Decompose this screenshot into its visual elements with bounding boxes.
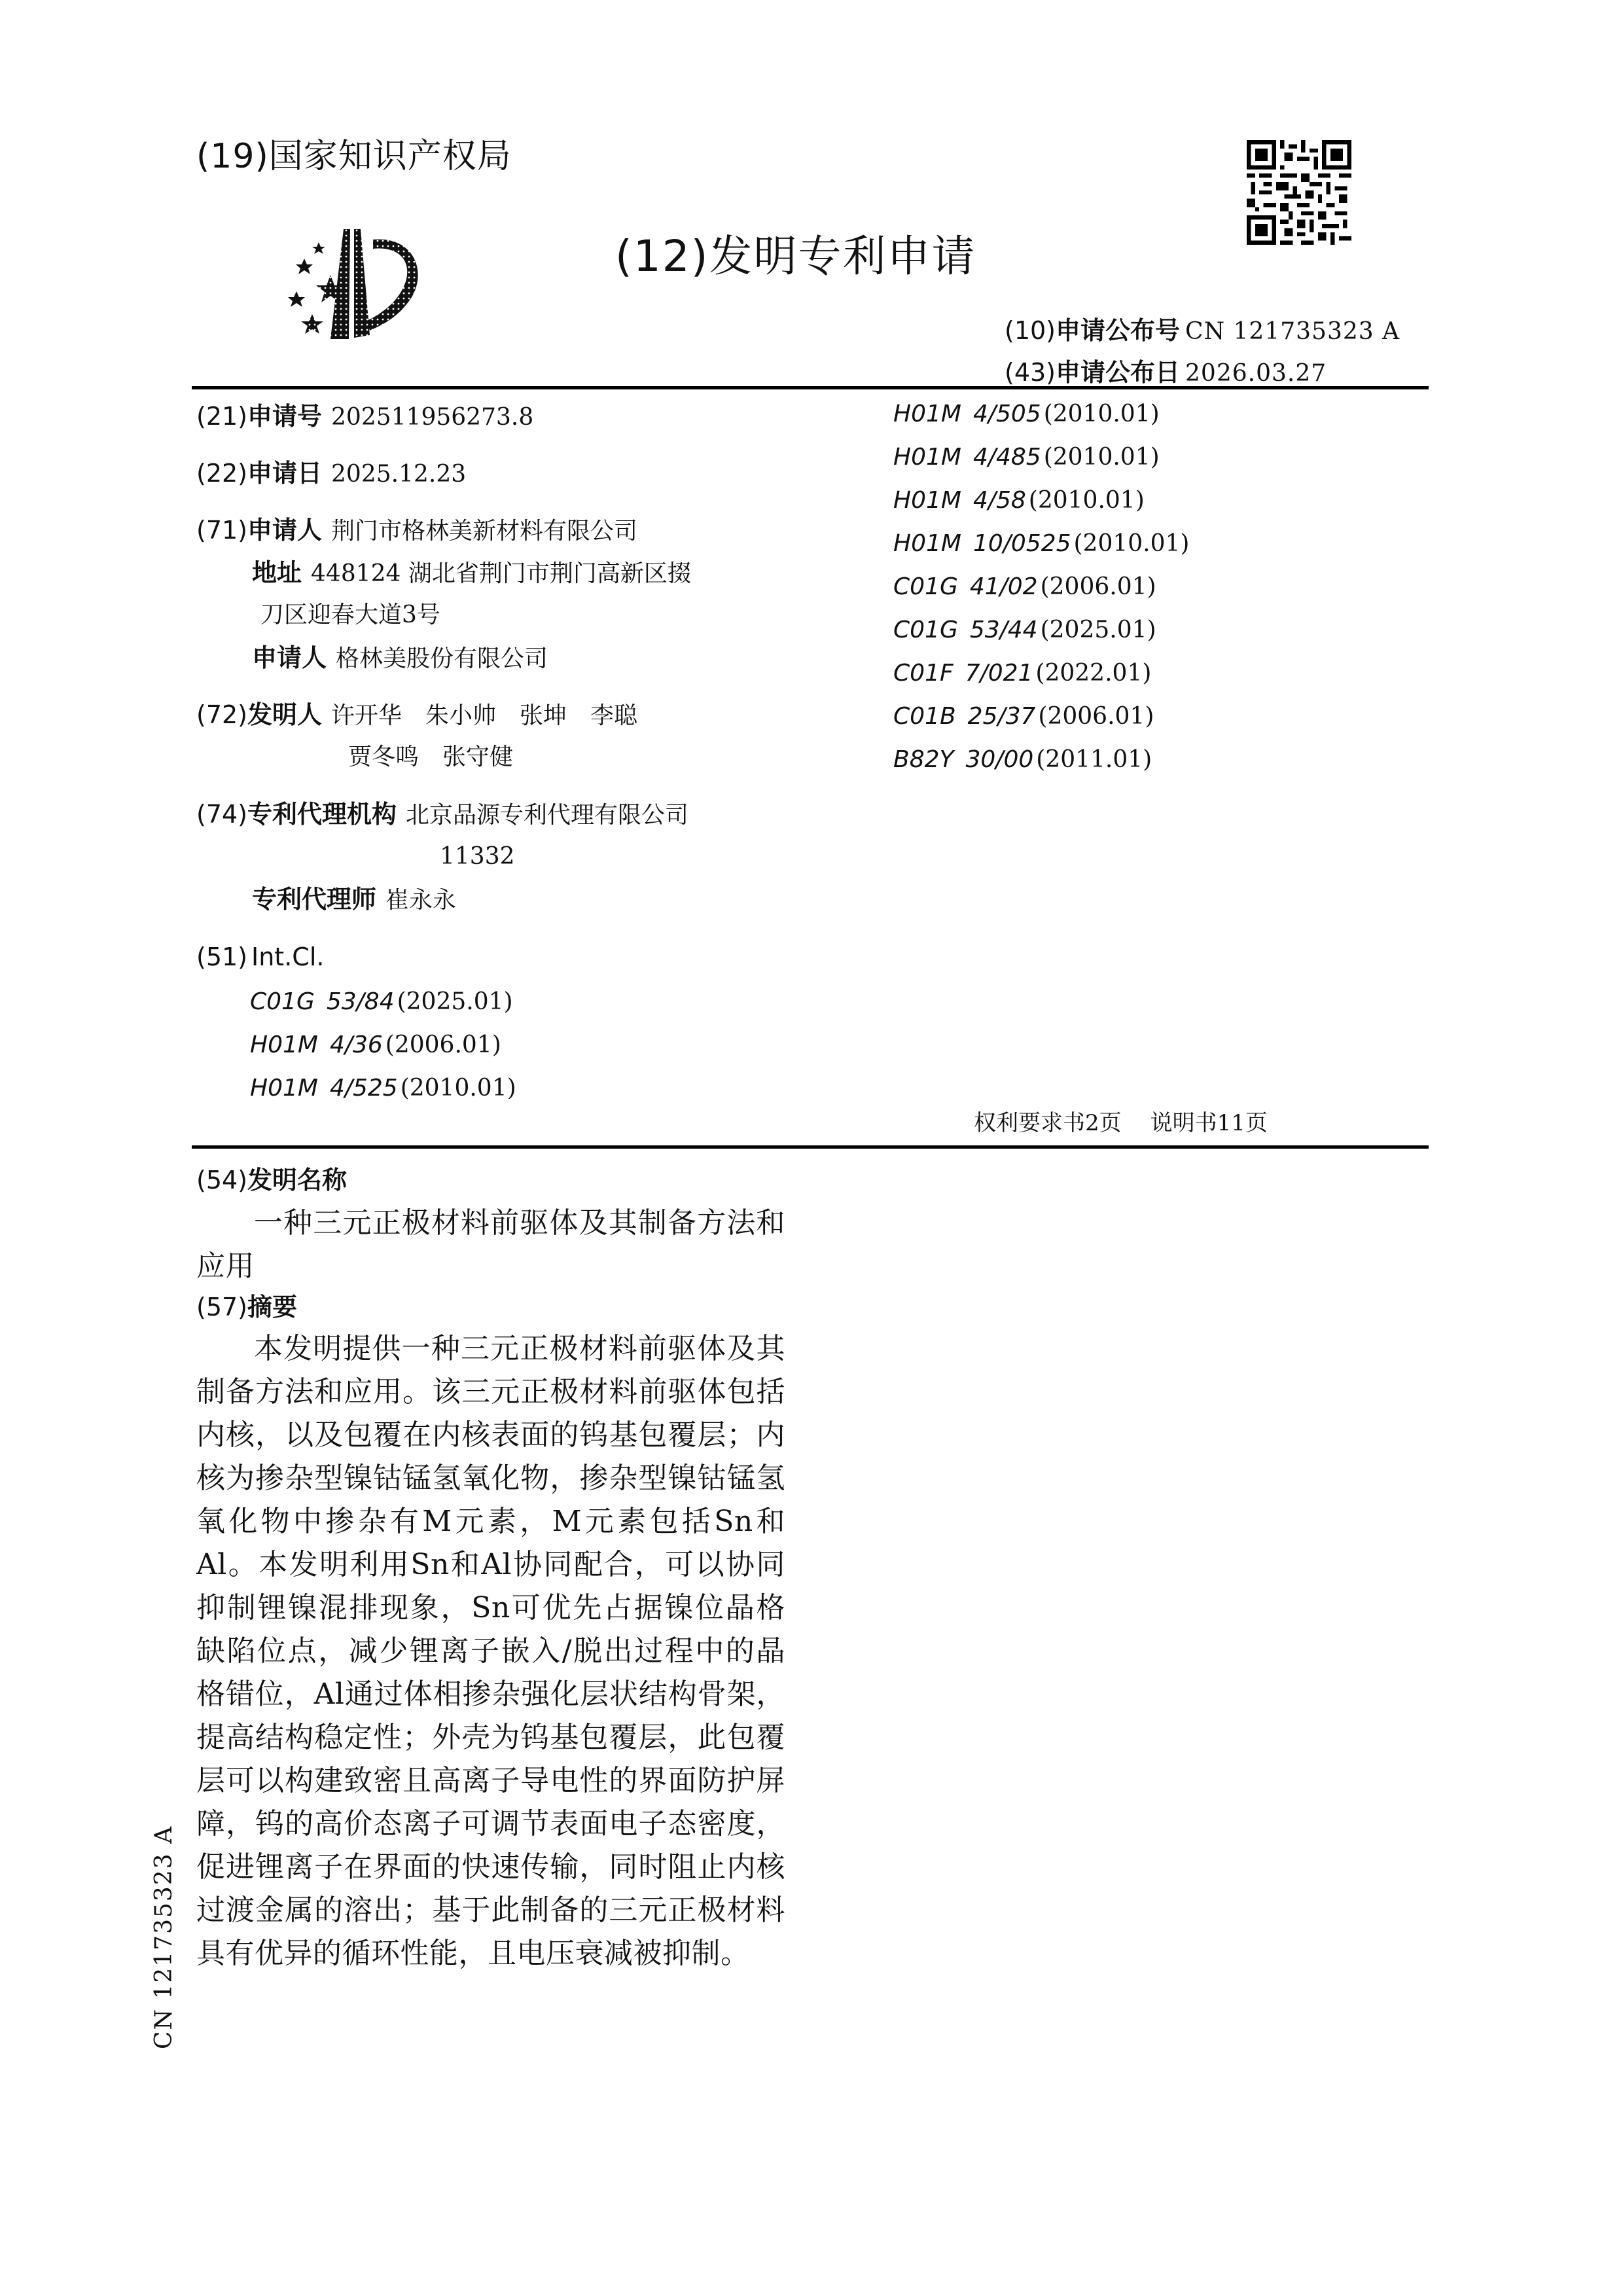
pub-no-value: CN 121735323 A bbox=[1185, 318, 1400, 345]
ipc-entry: C01G41/02(2006.01) bbox=[893, 565, 1189, 609]
ipc-entry: C01F7/021(2022.01) bbox=[893, 652, 1189, 695]
field-code: (51) bbox=[196, 942, 247, 971]
applicant: (71)申请人荆门市格林美新材料有限公司 bbox=[196, 509, 637, 552]
field-value: 北京品源专利代理有限公司 bbox=[406, 802, 688, 829]
field-code: (71) bbox=[196, 516, 247, 545]
issuing-office: (19)国家知识产权局 bbox=[196, 128, 512, 177]
side-publication-number: CN 121735323 A bbox=[151, 1820, 190, 2055]
invention-title: 一种三元正极材料前驱体及其制备方法和应用 bbox=[196, 1202, 785, 1288]
int-cl-heading: (51)Int.Cl. bbox=[196, 936, 324, 978]
field-value: 格林美股份有限公司 bbox=[336, 645, 548, 672]
applicant-address-cont: 刀区迎春大道3号 bbox=[260, 594, 440, 636]
abstract-heading: (57)摘要 bbox=[196, 1287, 297, 1323]
field-label: 申请日 bbox=[247, 459, 322, 488]
office-code: (19) bbox=[196, 137, 269, 176]
ipc-entry: H01M4/36(2006.01) bbox=[250, 1024, 516, 1067]
field-label: 申请人 bbox=[247, 516, 322, 545]
pub-no-code: (10) bbox=[1005, 316, 1056, 345]
field-code: (22) bbox=[196, 459, 247, 488]
inventors-cont: 贾冬鸣 张守健 bbox=[348, 736, 513, 778]
field-value: 荆门市格林美新材料有限公司 bbox=[331, 518, 637, 545]
field-label: 申请人 bbox=[252, 643, 327, 672]
section-label: 摘要 bbox=[247, 1293, 297, 1321]
ipc-entry: H01M4/58(2010.01) bbox=[893, 479, 1189, 522]
inventors: (72)发明人许开华 朱小帅 张坤 李聪 bbox=[196, 694, 637, 737]
ipc-entry: H01M4/505(2010.01) bbox=[893, 393, 1189, 436]
field-code: (72) bbox=[196, 700, 247, 729]
office-name: 国家知识产权局 bbox=[269, 137, 512, 176]
section-divider bbox=[192, 1145, 1429, 1149]
ipc-entry: H01M4/485(2010.01) bbox=[893, 436, 1189, 479]
publication-date: (43)申请公布日2026.03.27 bbox=[1005, 352, 1327, 388]
field-value: 2025.12.23 bbox=[331, 461, 466, 488]
ipc-entry: C01G53/44(2025.01) bbox=[893, 609, 1189, 652]
int-cl-left-list: C01G53/84(2025.01) H01M4/36(2006.01) H01… bbox=[250, 980, 516, 1110]
abstract-text: 本发明提供一种三元正极材料前驱体及其制备方法和应用。该三元正极材料前驱体包括内核… bbox=[196, 1327, 785, 1975]
field-value: 许开华 朱小帅 张坤 李聪 bbox=[331, 702, 637, 729]
field-label: 申请号 bbox=[247, 402, 322, 431]
ipc-entry: C01B25/37(2006.01) bbox=[893, 695, 1189, 738]
description-page-count: 说明书11页 bbox=[1150, 1110, 1268, 1136]
document-type: (12)发明专利申请 bbox=[615, 221, 976, 283]
section-code: (57) bbox=[196, 1293, 247, 1321]
patent-agent: 专利代理师崔永永 bbox=[252, 878, 456, 922]
header-divider bbox=[192, 386, 1429, 389]
field-value: 崔永永 bbox=[385, 887, 456, 914]
field-label: 专利代理师 bbox=[252, 885, 376, 914]
title-heading: (54)发明名称 bbox=[196, 1160, 347, 1196]
field-code: (21) bbox=[196, 402, 247, 431]
int-cl-right-list: H01M4/505(2010.01) H01M4/485(2010.01) H0… bbox=[893, 393, 1189, 781]
pub-date-label: 申请公布日 bbox=[1056, 358, 1180, 387]
page-counts: 权利要求书2页说明书11页 bbox=[974, 1105, 1268, 1137]
patent-agency: (74)专利代理机构北京品源专利代理有限公司 bbox=[196, 793, 688, 836]
field-value: 202511956273.8 bbox=[331, 404, 533, 431]
section-code: (54) bbox=[196, 1166, 247, 1194]
field-label: 发明人 bbox=[247, 700, 322, 729]
agency-code: 11332 bbox=[440, 836, 515, 878]
doc-type-label: 发明专利申请 bbox=[709, 231, 976, 281]
filing-date: (22)申请日2025.12.23 bbox=[196, 452, 466, 495]
ipc-entry: H01M4/525(2010.01) bbox=[250, 1067, 516, 1110]
pub-no-label: 申请公布号 bbox=[1056, 316, 1180, 345]
applicant-address: 地址448124 湖北省荆门市荆门高新区掇 bbox=[252, 552, 691, 595]
claims-page-count: 权利要求书2页 bbox=[974, 1110, 1122, 1136]
field-code: (74) bbox=[196, 800, 247, 829]
ipc-entry: C01G53/84(2025.01) bbox=[250, 980, 516, 1024]
field-label: Int.Cl. bbox=[251, 942, 324, 971]
cnipa-logo-icon bbox=[265, 223, 429, 347]
ipc-entry: B82Y30/00(2011.01) bbox=[893, 738, 1189, 781]
field-label: 专利代理机构 bbox=[247, 800, 397, 829]
pub-date-value: 2026.03.27 bbox=[1185, 360, 1327, 387]
section-label: 发明名称 bbox=[247, 1166, 347, 1194]
qr-code-icon bbox=[1247, 139, 1351, 245]
pub-date-code: (43) bbox=[1005, 358, 1056, 387]
field-label: 地址 bbox=[252, 558, 302, 587]
ipc-entry: H01M10/0525(2010.01) bbox=[893, 522, 1189, 565]
doc-type-code: (12) bbox=[615, 231, 709, 281]
field-value: 448124 湖北省荆门市荆门高新区掇 bbox=[311, 560, 691, 587]
publication-number: (10)申请公布号CN 121735323 A bbox=[1005, 310, 1400, 346]
applicant-2: 申请人格林美股份有限公司 bbox=[252, 637, 548, 680]
application-number: (21)申请号202511956273.8 bbox=[196, 395, 533, 439]
